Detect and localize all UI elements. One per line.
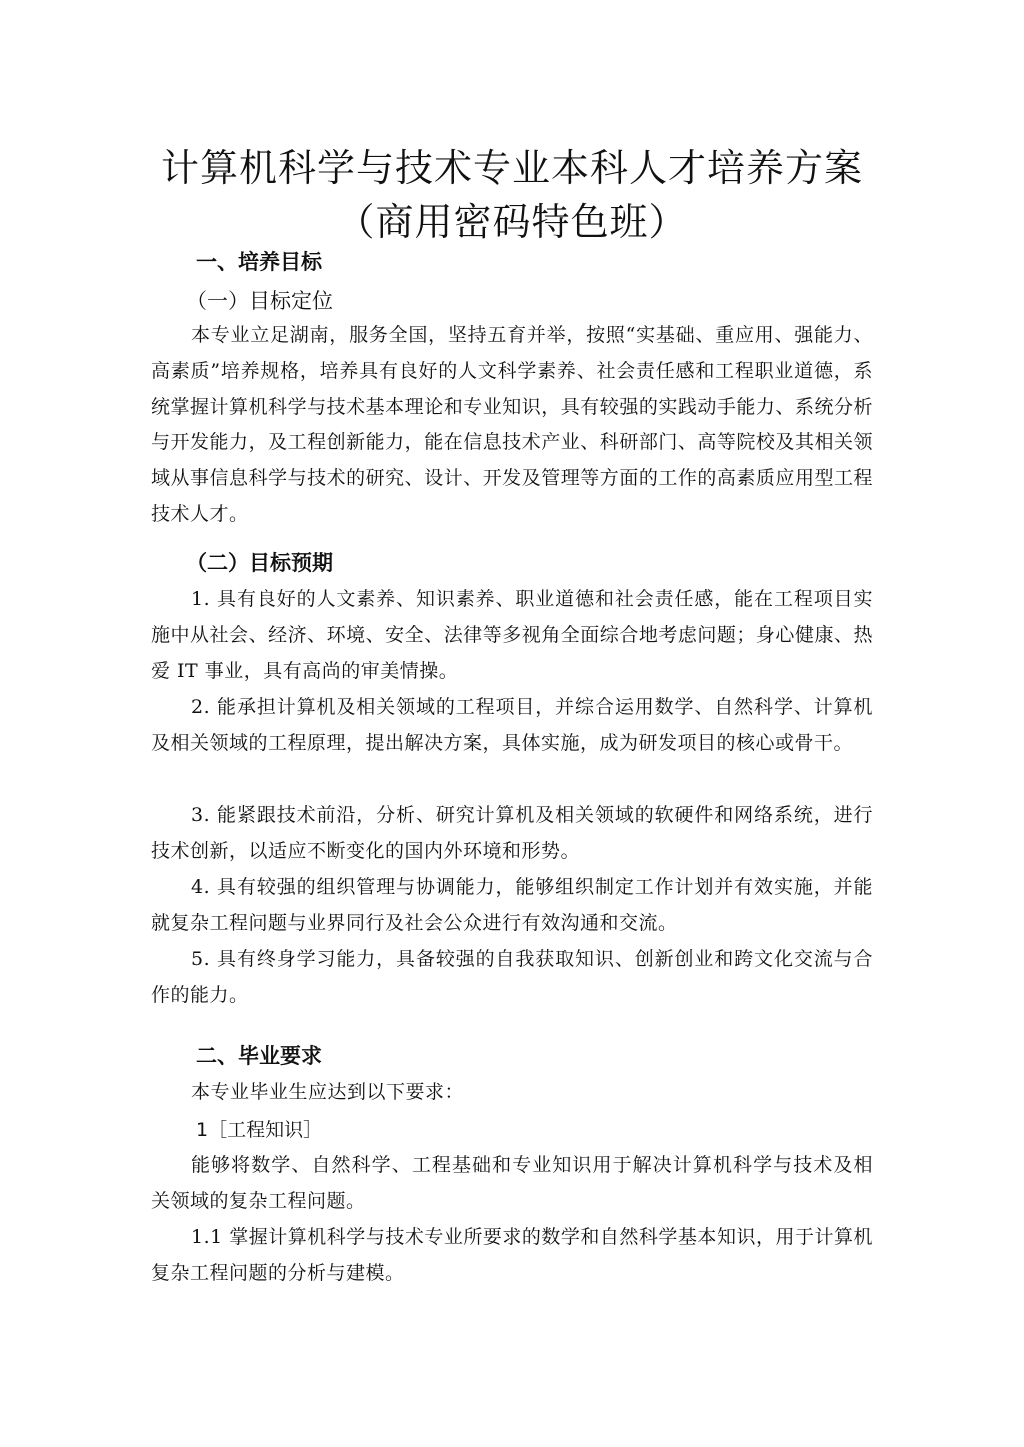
engineering-knowledge-paragraph: 能够将数学、自然科学、工程基础和专业知识用于解决计算机科学与技术及相关领域的复杂… [151,1148,873,1220]
section-heading-graduation-requirements: 二、毕业要求 [196,1040,322,1070]
requirement-heading-engineering-knowledge: 1［工程知识］ [196,1115,322,1142]
goal-expectation-item-3: 3. 能紧跟技术前沿，分析、研究计算机及相关领域的软硬件和网络系统，进行技术创新… [151,798,873,870]
goal-expectation-item-2: 2. 能承担计算机及相关领域的工程项目，并综合运用数学、自然科学、计算机及相关领… [151,690,873,762]
section-heading-training-goals: 一、培养目标 [196,246,322,276]
goal-expectation-item-1: 1. 具有良好的人文素养、知识素养、职业道德和社会责任感，能在工程项目实施中从社… [151,582,873,689]
requirement-item-1-1: 1.1 掌握计算机科学与技术专业所要求的数学和自然科学基本知识，用于计算机复杂工… [151,1220,873,1292]
goal-positioning-paragraph: 本专业立足湖南，服务全国，坚持五育并举，按照“实基础、重应用、强能力、高素质”培… [151,318,873,533]
graduation-requirements-intro: 本专业毕业生应达到以下要求： [151,1075,873,1111]
goal-expectation-item-4: 4. 具有较强的组织管理与协调能力，能够组织制定工作计划并有效实施，并能就复杂工… [151,870,873,942]
goal-expectation-item-5: 5. 具有终身学习能力，具备较强的自我获取知识、创新创业和跨文化交流与合作的能力… [151,942,873,1014]
subsection-heading-goal-expectations: （二）目标预期 [186,547,333,577]
subsection-heading-goal-positioning: （一）目标定位 [186,285,333,315]
document-title: 计算机科学与技术专业本科人才培养方案 [0,137,1024,192]
document-subtitle: （商用密码特色班） [0,191,1024,246]
document-page: 计算机科学与技术专业本科人才培养方案 （商用密码特色班） 一、培养目标 （一）目… [0,0,1024,1447]
